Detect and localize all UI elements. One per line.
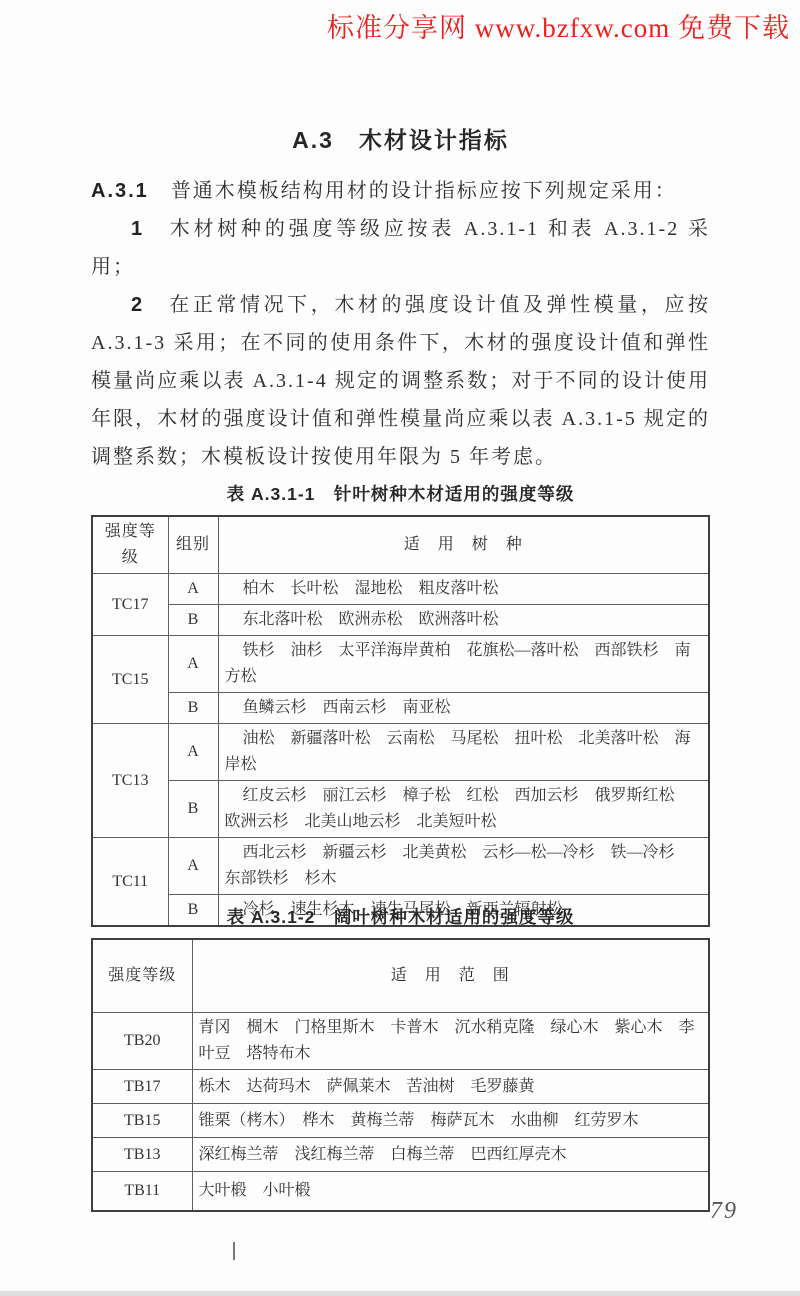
group-cell: A: [168, 636, 218, 693]
table-row: TB13 深红梅兰蒂 浅红梅兰蒂 白梅兰蒂 巴西红厚壳木: [92, 1138, 709, 1172]
group-cell: A: [168, 838, 218, 895]
species-cell: 鱼鳞云杉 西南云杉 南亚松: [218, 693, 709, 724]
table-row: TC13 A 油松 新疆落叶松 云南松 马尾松 扭叶松 北美落叶松 海岸松: [92, 724, 709, 781]
grade-cell: TB11: [92, 1172, 192, 1212]
table2-header-grade: 强度等级: [92, 939, 192, 1013]
table-row: B 鱼鳞云杉 西南云杉 南亚松: [92, 693, 709, 724]
grade-cell: TC17: [92, 574, 168, 636]
table2-header-range: 适 用 范 围: [192, 939, 709, 1013]
scan-edge-shadow: [0, 1291, 800, 1296]
grade-cell: TB20: [92, 1013, 192, 1070]
table-row: TB20 青冈 椆木 门格里斯木 卡普木 沉水稍克隆 绿心木 紫心木 李叶豆 塔…: [92, 1013, 709, 1070]
species-cell: 油松 新疆落叶松 云南松 马尾松 扭叶松 北美落叶松 海岸松: [218, 724, 709, 781]
group-cell: B: [168, 781, 218, 838]
table1-header-group: 组别: [168, 516, 218, 574]
group-cell: A: [168, 574, 218, 605]
scan-artifact-tick: [233, 1242, 235, 1260]
species-cell: 西北云杉 新疆云杉 北美黄松 云杉—松—冷杉 铁—冷杉 东部铁杉 杉木: [218, 838, 709, 895]
group-cell: B: [168, 693, 218, 724]
table-row: B 红皮云杉 丽江云杉 樟子松 红松 西加云杉 俄罗斯红松 欧洲云杉 北美山地云…: [92, 781, 709, 838]
group-cell: A: [168, 724, 218, 781]
paragraph-a31-text: 普通木模板结构用材的设计指标应按下列规定采用：: [171, 180, 677, 202]
paragraph-item-1: 1 木材树种的强度等级应按表 A.3.1-1 和表 A.3.1-2 采用；: [91, 210, 710, 286]
table2-header-row: 强度等级 适 用 范 围: [92, 939, 709, 1013]
group-cell: B: [168, 605, 218, 636]
table-row: B 东北落叶松 欧洲赤松 欧洲落叶松: [92, 605, 709, 636]
paragraph-a31-label: A.3.1: [91, 180, 149, 202]
paragraph-item-2-label: 2: [131, 294, 144, 316]
grade-cell: TB13: [92, 1138, 192, 1172]
species-cell: 东北落叶松 欧洲赤松 欧洲落叶松: [218, 605, 709, 636]
species-cell: 红皮云杉 丽江云杉 樟子松 红松 西加云杉 俄罗斯红松 欧洲云杉 北美山地云杉 …: [218, 781, 709, 838]
paragraph-item-2-text: 在正常情况下，木材的强度设计值及弹性模量，应按 A.3.1-3 采用；在不同的使…: [91, 294, 710, 468]
range-cell: 栎木 达荷玛木 萨佩莱木 苦油树 毛罗藤黄: [192, 1070, 709, 1104]
table1-header-species: 适 用 树 种: [218, 516, 709, 574]
grade-cell: TC13: [92, 724, 168, 838]
paragraph-item-1-label: 1: [131, 218, 144, 240]
table-row: TB17 栎木 达荷玛木 萨佩莱木 苦油树 毛罗藤黄: [92, 1070, 709, 1104]
broadleaf-strength-table: 强度等级 适 用 范 围 TB20 青冈 椆木 门格里斯木 卡普木 沉水稍克隆 …: [91, 938, 710, 1212]
table-row: TC15 A 铁杉 油杉 太平洋海岸黄柏 花旗松—落叶松 西部铁杉 南方松: [92, 636, 709, 693]
range-cell: 青冈 椆木 门格里斯木 卡普木 沉水稍克隆 绿心木 紫心木 李叶豆 塔特布木: [192, 1013, 709, 1070]
paragraph-item-2: 2 在正常情况下，木材的强度设计值及弹性模量，应按 A.3.1-3 采用；在不同…: [91, 286, 710, 476]
paragraph-a31: A.3.1 普通木模板结构用材的设计指标应按下列规定采用：: [91, 172, 710, 210]
table-row: TC17 A 柏木 长叶松 湿地松 粗皮落叶松: [92, 574, 709, 605]
body-text: A.3.1 普通木模板结构用材的设计指标应按下列规定采用： 1 木材树种的强度等…: [91, 172, 710, 476]
page-number: 79: [710, 1198, 738, 1225]
table1-caption: 表 A.3.1-1 针叶树种木材适用的强度等级: [91, 481, 710, 506]
range-cell: 深红梅兰蒂 浅红梅兰蒂 白梅兰蒂 巴西红厚壳木: [192, 1138, 709, 1172]
paragraph-item-1-text: 木材树种的强度等级应按表 A.3.1-1 和表 A.3.1-2 采用；: [91, 218, 710, 278]
table-row: TC11 A 西北云杉 新疆云杉 北美黄松 云杉—松—冷杉 铁—冷杉 东部铁杉 …: [92, 838, 709, 895]
species-cell: 柏木 长叶松 湿地松 粗皮落叶松: [218, 574, 709, 605]
species-cell: 铁杉 油杉 太平洋海岸黄柏 花旗松—落叶松 西部铁杉 南方松: [218, 636, 709, 693]
range-cell: 大叶椴 小叶椴: [192, 1172, 709, 1212]
range-cell: 锥栗（栲木） 桦木 黄梅兰蒂 梅萨瓦木 水曲柳 红劳罗木: [192, 1104, 709, 1138]
section-title: A.3 木材设计指标: [91, 122, 710, 155]
coniferous-strength-table: 强度等级 组别 适 用 树 种 TC17 A 柏木 长叶松 湿地松 粗皮落叶松 …: [91, 515, 710, 927]
table-row: TB15 锥栗（栲木） 桦木 黄梅兰蒂 梅萨瓦木 水曲柳 红劳罗木: [92, 1104, 709, 1138]
table1-header-row: 强度等级 组别 适 用 树 种: [92, 516, 709, 574]
grade-cell: TB15: [92, 1104, 192, 1138]
table-row: TB11 大叶椴 小叶椴: [92, 1172, 709, 1212]
scanned-document-page: 标准分享网 www.bzfxw.com 免费下载 A.3 木材设计指标 A.3.…: [0, 0, 800, 1296]
watermark-text: 标准分享网 www.bzfxw.com 免费下载: [327, 6, 790, 45]
table2-caption: 表 A.3.1-2 阔叶树种木材适用的强度等级: [91, 904, 710, 929]
table1-header-grade: 强度等级: [92, 516, 168, 574]
grade-cell: TC15: [92, 636, 168, 724]
grade-cell: TB17: [92, 1070, 192, 1104]
